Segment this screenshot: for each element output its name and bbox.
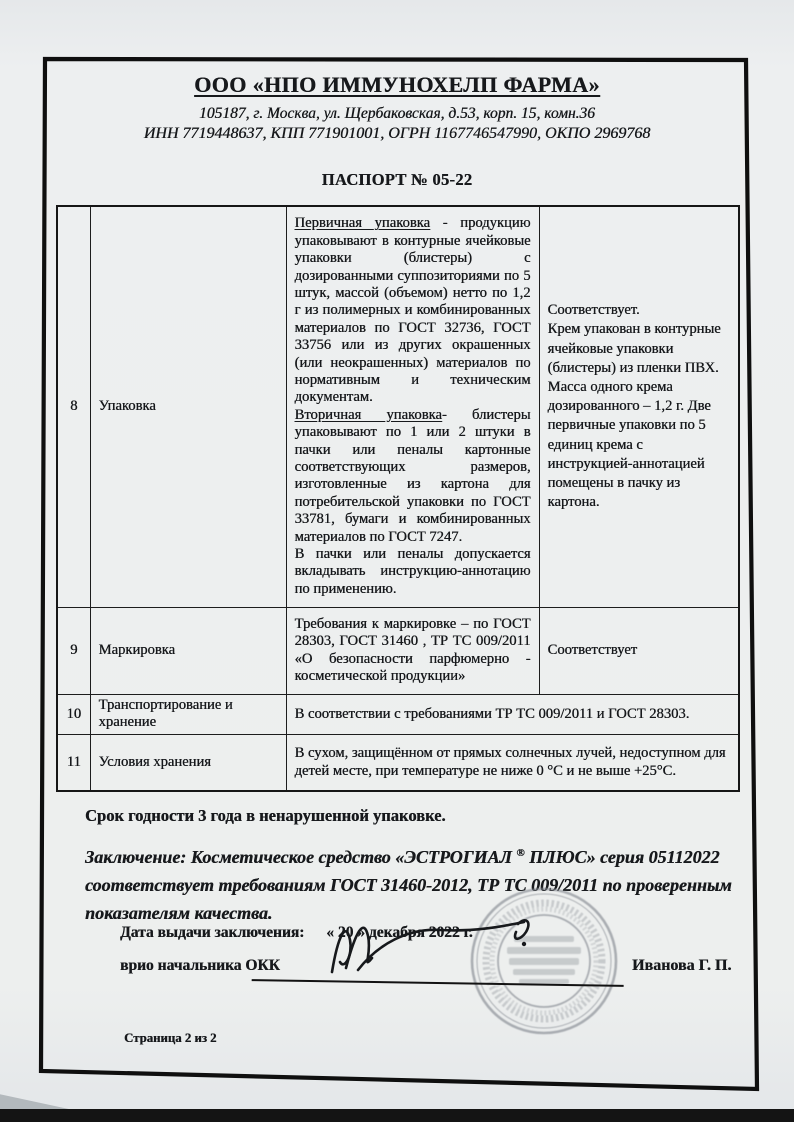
shelf-life-statement: Срок годности 3 года в ненарушенной упак… [85,806,446,826]
signatory-name: Иванова Г. П. [632,957,731,975]
table-row-10: 10 Транспортирование и хранение В соотве… [57,694,739,734]
organization-address: 105187, г. Москва, ул. Щербаковская, д.5… [60,105,734,123]
row-requirement: В сухом, защищённом от прямых солнечных … [286,734,739,791]
organization-requisites: ИНН 7719448637, КПП 771901001, ОГРН 1167… [60,125,734,143]
primary-packaging-paragraph: Первичная упаковка - продукцию упаковыва… [295,215,531,406]
row-number: 8 [57,206,90,607]
underlined-lead: Вторичная упаковка [295,407,442,423]
row-number: 9 [57,607,90,694]
table-row-9: 9 Маркировка Требования к маркировке – п… [57,607,739,694]
page-number: Страница 2 из 2 [124,1031,216,1046]
spec-table: 8 Упаковка Первичная упаковка - продукци… [56,205,740,792]
row-requirement: В соответствии с требованиями ТР ТС 009/… [286,694,739,734]
row-requirement: Требования к маркировке – по ГОСТ 28303,… [286,607,539,694]
signature-line [252,935,625,987]
table-row-8: 8 Упаковка Первичная упаковка - продукци… [57,206,739,607]
row-label: Упаковка [90,206,286,607]
row-result: Соответствует [539,607,739,694]
paragraph-text: - продукцию упаковывают в контурные ячей… [295,215,531,405]
scan-corner-shadow [0,1087,78,1111]
result-status: Соответствует. [548,301,731,320]
registered-trademark-icon: ® [516,847,524,859]
row-requirement: Первичная упаковка - продукцию упаковыва… [286,206,539,607]
row-label: Условия хранения [90,734,286,791]
insert-paragraph: В пачки или пеналы допускается вкладыват… [295,546,531,598]
underlined-lead: Первичная упаковка [295,215,430,231]
result-detail: Крем упакован в контурные ячейковые упак… [548,320,731,512]
row-number: 10 [57,694,90,734]
scan-bottom-band [0,1109,794,1122]
table-row-11: 11 Условия хранения В сухом, защищённом … [57,734,739,791]
row-label: Транспортирование и хранение [90,694,286,734]
conclusion-statement: Заключение: Косметическое средство «ЭСТР… [85,839,747,927]
row-result: Соответствует. Крем упакован в контурные… [539,206,739,607]
result-status: Соответствует [548,641,731,660]
letterhead: ООО «НПО ИММУНОХЕЛП ФАРМА» 105187, г. Мо… [60,72,734,143]
organization-name-text: ООО «НПО ИММУНОХЕЛП ФАРМА» [194,72,600,97]
secondary-packaging-paragraph: Вторичная упаковка- блистеры упаковывают… [295,407,531,546]
row-number: 11 [57,734,90,791]
paragraph-text: Требования к маркировке – по ГОСТ 28303,… [295,616,531,686]
row-label: Маркировка [90,607,286,694]
document-title: ПАСПОРТ № 05-22 [0,170,794,190]
paragraph-text: - блистеры упаковывают по 1 или 2 штуки … [295,407,531,545]
conclusion-text: Заключение: Косметическое средство «ЭСТР… [85,847,512,867]
scanned-passport-document: ООО «НПО ИММУНОХЕЛП ФАРМА» 105187, г. Мо… [0,0,794,1122]
organization-name: ООО «НПО ИММУНОХЕЛП ФАРМА» [60,72,734,98]
